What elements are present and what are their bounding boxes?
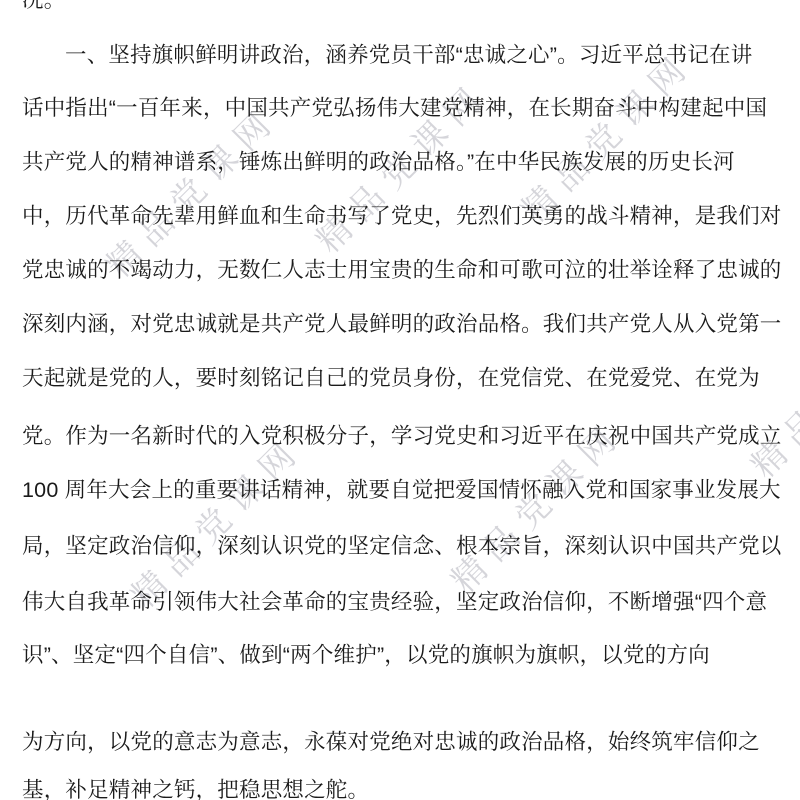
text-line: 伟大自我革命引领伟大社会革命的宝贵经验，坚定政治信仰，不断增强“四个意 bbox=[22, 590, 778, 615]
text-line: 识”、坚定“四个自信”、做到“两个维护”，以党的旗帜为旗帜，以党的方向 bbox=[22, 643, 778, 668]
text-line: 基，补足精神之钙，把稳思想之舵。 bbox=[22, 778, 778, 800]
text-line: 况。 bbox=[22, 0, 778, 13]
text-line: 党。作为一名新时代的入党积极分子，学习党史和习近平在庆祝中国共产党成立 bbox=[22, 424, 778, 449]
text-line: 党忠诚的不竭动力，无数仁人志士用宝贵的生命和可歌可泣的壮举诠释了忠诚的 bbox=[22, 258, 778, 283]
text-line: 中，历代革命先辈用鲜血和生命书写了党史，先烈们英勇的战斗精神，是我们对 bbox=[22, 204, 778, 229]
text-line: 100 周年大会上的重要讲话精神，就要自觉把爱国情怀融入党和国家事业发展大 bbox=[22, 478, 778, 503]
text-line: 为方向，以党的意志为意志，永葆对党绝对忠诚的政治品格，始终筑牢信仰之 bbox=[22, 730, 778, 755]
text-line: 深刻内涵，对党忠诚就是共产党人最鲜明的政治品格。我们共产党人从入党第一 bbox=[22, 312, 778, 337]
text-line: 共产党人的精神谱系，锤炼出鲜明的政治品格。”在中华民族发展的历史长河 bbox=[22, 150, 778, 175]
text-line: 天起就是党的人，要时刻铭记自己的党员身份，在党信党、在党爱党、在党为 bbox=[22, 366, 778, 391]
text-line: 局，坚定政治信仰，深刻认识党的坚定信念、根本宗旨，深刻认识中国共产党以 bbox=[22, 534, 778, 559]
document-body: 况。一、坚持旗帜鲜明讲政治，涵养党员干部“忠诚之心”。习近平总书记在讲话中指出“… bbox=[0, 0, 800, 800]
document-page: 精品党课网精品党课网精品党课网精品党课网精品党课网精品党课网 况。一、坚持旗帜鲜… bbox=[0, 0, 800, 800]
text-line: 一、坚持旗帜鲜明讲政治，涵养党员干部“忠诚之心”。习近平总书记在讲 bbox=[22, 43, 778, 68]
text-line: 话中指出“一百年来，中国共产党弘扬伟大建党精神，在长期奋斗中构建起中国 bbox=[22, 96, 778, 121]
